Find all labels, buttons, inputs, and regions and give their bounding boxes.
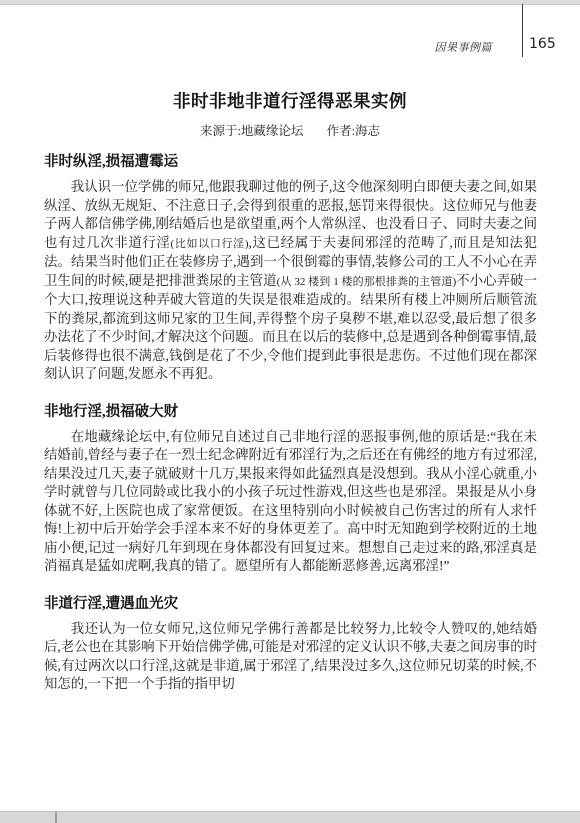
page-gap-bottom — [0, 811, 580, 823]
running-header-title: 因果事例篇 — [435, 39, 493, 55]
body-paragraph: 我还认为一位女师兄,这位师兄学佛行善都是比较努力,比较令人赞叹的,她结婚后,老公… — [44, 620, 537, 694]
section: 非地行淫,损福破大财在地藏缘论坛中,有位师兄自述过自己非地行淫的恶报事例,他的原… — [44, 402, 537, 576]
section-heading: 非道行淫,遭遇血光灾 — [44, 594, 537, 614]
page-gap-top — [0, 0, 580, 5]
source-label: 来源于:地藏缘论坛 — [200, 124, 303, 138]
author-label: 作者:海志 — [327, 124, 380, 138]
document-page: 因果事例篇 165 非时非地非道行淫得恶果实例 来源于:地藏缘论坛 作者:海志 … — [0, 0, 580, 823]
body-paragraph: 我认识一位学佛的师兄,他跟我聊过他的例子,这令他深刻明白即便夫妻之间,如果纵淫、… — [44, 178, 537, 384]
paragraph-text: 我还认为一位女师兄,这位师兄学佛行善都是比较努力,比较令人赞叹的,她结婚后,老公… — [44, 621, 537, 692]
body-paragraph: 在地藏缘论坛中,有位师兄自述过自己非地行淫的恶报事例,他的原话是:“我在未结婚前… — [44, 428, 537, 576]
section: 非时纵淫,损福遭霉运我认识一位学佛的师兄,他跟我聊过他的例子,这令他深刻明白即便… — [44, 152, 537, 384]
inline-note: (从 32 楼到 1 楼的那根排粪的主管道) — [277, 276, 456, 288]
paragraph-text: 不小心弄破一个大口,按理说这种弄破大管道的失误是很难造成的。结果所有楼上冲厕所后… — [44, 273, 537, 382]
section-heading: 非地行淫,损福破大财 — [44, 402, 537, 422]
section: 非道行淫,遭遇血光灾我还认为一位女师兄,这位师兄学佛行善都是比较努力,比较令人赞… — [44, 594, 537, 694]
page-number: 165 — [529, 36, 556, 52]
inline-note: (比如以口行淫) — [171, 238, 249, 250]
page-gap-tick — [55, 812, 57, 823]
header-divider-rule — [522, 4, 523, 57]
byline: 来源于:地藏缘论坛 作者:海志 — [0, 121, 580, 139]
article-title: 非时非地非道行淫得恶果实例 — [0, 88, 580, 113]
article-body: 非时纵淫,损福遭霉运我认识一位学佛的师兄,他跟我聊过他的例子,这令他深刻明白即便… — [44, 146, 537, 694]
section-heading: 非时纵淫,损福遭霉运 — [44, 152, 537, 172]
paragraph-text: 在地藏缘论坛中,有位师兄自述过自己非地行淫的恶报事例,他的原话是:“我在未结婚前… — [44, 429, 537, 574]
